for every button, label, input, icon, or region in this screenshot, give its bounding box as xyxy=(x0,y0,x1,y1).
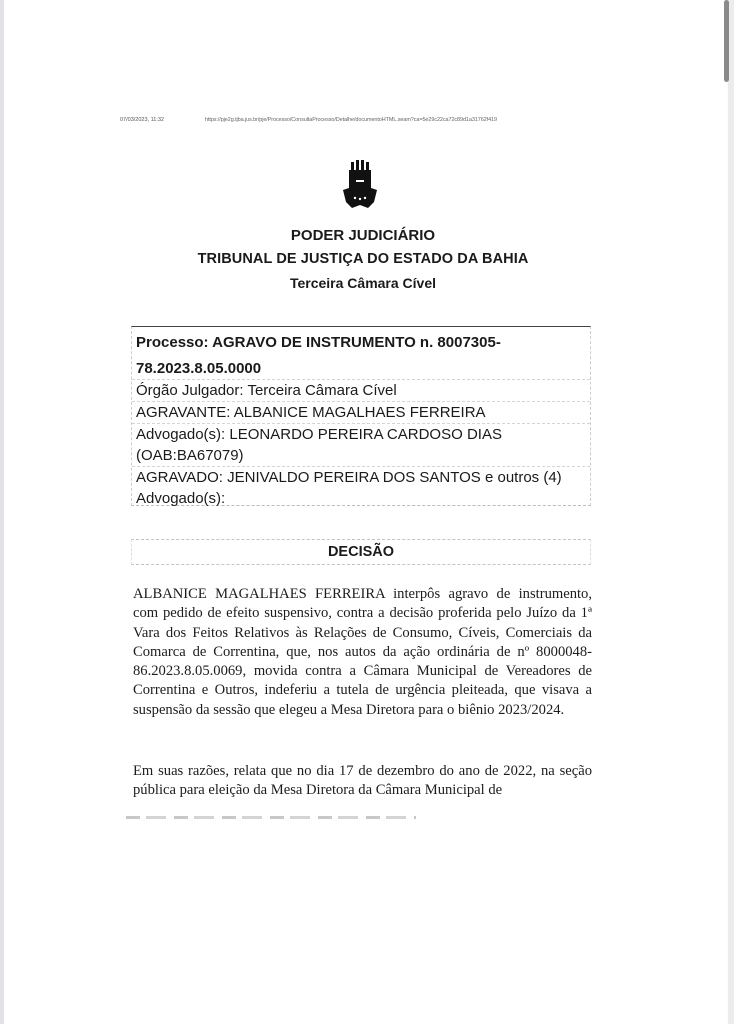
appellee-lawyer: Advogado(s): xyxy=(132,488,590,509)
process-info-box: Processo: AGRAVO DE INSTRUMENTO n. 80073… xyxy=(131,326,591,506)
decision-paragraph-2: Em suas razões, relata que no dia 17 de … xyxy=(133,762,592,801)
print-footer-url xyxy=(126,816,416,819)
judging-body: Órgão Julgador: Terceira Câmara Cível xyxy=(132,380,590,402)
appellant-lawyer-line2: (OAB:BA67079) xyxy=(132,445,590,467)
process-title-line2: 78.2023.8.05.0000 xyxy=(132,353,590,380)
document-page xyxy=(4,0,726,1024)
process-title-line1: Processo: AGRAVO DE INSTRUMENTO n. 80073… xyxy=(132,327,590,353)
court-header: PODER JUDICIÁRIO TRIBUNAL DE JUSTIÇA DO … xyxy=(0,226,726,294)
decision-heading: DECISÃO xyxy=(131,539,591,565)
right-edge xyxy=(728,0,734,1024)
appellant: AGRAVANTE: ALBANICE MAGALHAES FERREIRA xyxy=(132,402,590,424)
court-line-chamber: Terceira Câmara Cível xyxy=(0,272,726,294)
bahia-coat-of-arms-icon xyxy=(340,158,380,214)
print-date: 07/03/2023, 11:32 xyxy=(120,117,164,123)
vertical-scrollbar[interactable] xyxy=(724,0,729,82)
appellee: AGRAVADO: JENIVALDO PEREIRA DOS SANTOS e… xyxy=(132,467,590,488)
decision-paragraph-1: ALBANICE MAGALHAES FERREIRA interpôs agr… xyxy=(133,585,592,720)
court-line-tribunal: TRIBUNAL DE JUSTIÇA DO ESTADO DA BAHIA xyxy=(0,246,726,272)
court-line-power: PODER JUDICIÁRIO xyxy=(0,226,726,246)
appellant-lawyer-line1: Advogado(s): LEONARDO PEREIRA CARDOSO DI… xyxy=(132,424,590,445)
print-url: https://pje2g.tjba.jus.br/pje/Processo/C… xyxy=(205,117,497,123)
